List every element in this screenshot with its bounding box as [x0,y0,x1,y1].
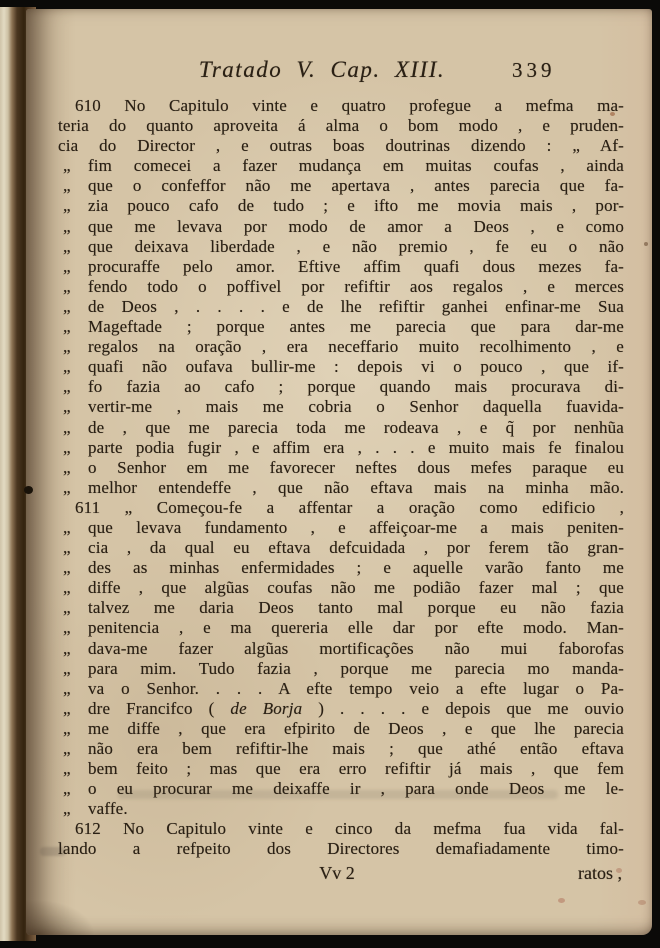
text-line: „talvez me daria Deos tanto mal porque e… [58,598,624,618]
quote-mark: „ [58,538,88,558]
text-line: „cia , da qual eu eftava defcuidada , po… [58,538,624,558]
running-title: Tratado V. Cap. XIII. [199,57,445,83]
text-line: cia do Director , e outras boas doutrina… [58,136,624,156]
text-line: „que levava fundamento , e affeiçoar-me … [58,518,624,538]
page-footer: Vv 2 ratos , [58,863,624,889]
text-line: „vaffe. [58,799,624,819]
text-line: „va o Senhor. . . . A efte tempo veio a … [58,679,624,699]
quote-mark: „ [58,759,88,779]
quote-mark: „ [58,639,88,659]
line-text: vaffe. [88,799,624,819]
quote-mark: „ [58,397,88,417]
line-text: de Deos , . . . . e de lhe refiftir ganh… [88,297,624,317]
text-line: „Mageftade ; porque antes me parecia que… [58,317,624,337]
text-line: „não era bem refiftir-lhe mais ; que ath… [58,739,624,759]
quote-mark: „ [58,438,88,458]
text-line: „penitencia , e ma quereria elle dar por… [58,618,624,638]
line-text: para mim. Tudo fazia , porque me parecia… [88,659,624,679]
quote-mark: „ [58,518,88,538]
line-text: que me levava por modo de amor a Deos , … [88,217,624,237]
text-line: 610 No Capitulo vinte e quatro profegue … [58,96,624,116]
page-header: Tratado V. Cap. XIII. 339 [58,57,624,96]
text-line: „de , que me parecia toda me rodeava , e… [58,418,624,438]
line-text: Mageftade ; porque antes me parecia que … [88,317,624,337]
line-text: fo fazia ao cafo ; porque quando mais pr… [88,377,624,397]
quote-mark: „ [58,458,88,478]
quote-mark: „ [58,357,88,377]
text-line: „quafi não oufava bullir-me : depois vi … [58,357,624,377]
quote-mark: „ [58,337,88,357]
line-text: parte podia fugir , e affim era , . . . … [88,438,624,458]
line-text: cia , da qual eu eftava defcuidada , por… [88,538,624,558]
signature-mark: Vv 2 [319,863,355,884]
quote-mark: „ [58,277,88,297]
line-text: fim comecei a fazer mudança em muitas co… [88,156,624,176]
text-line: 611 „ Começou-fe a affentar a oração com… [58,498,624,518]
text-line: „fim comecei a fazer mudança em muitas c… [58,156,624,176]
text-line: „vertir-me , mais me cobria o Senhor daq… [58,397,624,417]
line-text: dava-me fazer algũas mortificações não m… [88,639,624,659]
line-text: regalos na oração , era neceffario muito… [88,337,624,357]
catchword: ratos , [578,863,622,884]
line-text: bem feito ; mas que era erro refiftir já… [88,759,624,779]
quote-mark: „ [58,659,88,679]
text-line: „zia pouco cafo de tudo ; e ifto me movi… [58,196,624,216]
text-line: „me diffe , que era efpirito de Deos , e… [58,719,624,739]
quote-mark: „ [58,418,88,438]
text-line: „dre Francifco ( de Borja ) . . . . e de… [58,699,624,719]
line-text: penitencia , e ma quereria elle dar por … [88,618,624,638]
text-line: „diffe , que algũas coufas não me podião… [58,578,624,598]
line-text: o eu procurar me deixaffe ir , para onde… [88,779,624,799]
text-line: lando a refpeito dos Directores demafiad… [58,839,624,859]
text-line: „fo fazia ao cafo ; porque quando mais p… [58,377,624,397]
line-text: dre Francifco ( de Borja ) . . . . e dep… [88,699,624,719]
line-text: cia do Director , e outras boas doutrina… [58,136,624,156]
line-text: o Senhor em me favorecer neftes dous mef… [88,458,624,478]
text-line: teria do quanto aproveita á alma o bom m… [58,116,624,136]
text-line: „procuraffe pelo amor. Eftive affim quaf… [58,257,624,277]
margin-bullet-icon [24,486,33,494]
quote-mark: „ [58,739,88,759]
quote-mark: „ [58,196,88,216]
text-line: „o Senhor em me favorecer neftes dous me… [58,458,624,478]
quote-mark: „ [58,377,88,397]
quote-mark: „ [58,578,88,598]
line-text: diffe , que algũas coufas não me podião … [88,578,624,598]
line-text: de , que me parecia toda me rodeava , e … [88,418,624,438]
line-text: me diffe , que era efpirito de Deos , e … [88,719,624,739]
line-text: des as minhas enfermidades ; e aquelle v… [88,558,624,578]
text-line: „fendo todo o poffivel por refiftir aos … [58,277,624,297]
line-text: teria do quanto aproveita á alma o bom m… [58,116,624,136]
foxing-spot [558,898,565,903]
line-text: 610 No Capitulo vinte e quatro profegue … [58,96,624,116]
quote-mark: „ [58,719,88,739]
quote-mark: „ [58,257,88,277]
quote-mark: „ [58,558,88,578]
text-line: „parte podia fugir , e affim era , . . .… [58,438,624,458]
line-text: talvez me daria Deos tanto mal porque eu… [88,598,624,618]
quote-mark: „ [58,156,88,176]
text-line: „regalos na oração , era neceffario muit… [58,337,624,357]
line-text: 611 „ Começou-fe a affentar a oração com… [58,498,624,518]
line-text: vertir-me , mais me cobria o Senhor daqu… [88,397,624,417]
book-page: Tratado V. Cap. XIII. 339 610 No Capitul… [26,9,652,935]
line-text: que o confeffor não me apertava , antes … [88,176,624,196]
page-number: 339 [512,58,556,83]
quote-mark: „ [58,618,88,638]
line-text: 612 No Capitulo vinte e cinco da mefma f… [58,819,624,839]
quote-mark: „ [58,598,88,618]
text-line: „dava-me fazer algũas mortificações não … [58,639,624,659]
text-line: „des as minhas enfermidades ; e aquelle … [58,558,624,578]
text-column: Tratado V. Cap. XIII. 339 610 No Capitul… [58,57,624,889]
text-line: „para mim. Tudo fazia , porque me pareci… [58,659,624,679]
quote-mark: „ [58,317,88,337]
text-line: „que deixava liberdade , e não premio , … [58,237,624,257]
text-line: „melhor entendeffe , que não eftava mais… [58,478,624,498]
quote-mark: „ [58,478,88,498]
quote-mark: „ [58,779,88,799]
text-line: „que me levava por modo de amor a Deos ,… [58,217,624,237]
line-text: que deixava liberdade , e não premio , f… [88,237,624,257]
line-text: lando a refpeito dos Directores demafiad… [58,839,624,859]
line-text: procuraffe pelo amor. Eftive affim quafi… [88,257,624,277]
quote-mark: „ [58,237,88,257]
text-line: „de Deos , . . . . e de lhe refiftir gan… [58,297,624,317]
quote-mark: „ [58,176,88,196]
quote-mark: „ [58,217,88,237]
text-line: „bem feito ; mas que era erro refiftir j… [58,759,624,779]
line-text: melhor entendeffe , que não eftava mais … [88,478,624,498]
text-line: 612 No Capitulo vinte e cinco da mefma f… [58,819,624,839]
line-text: va o Senhor. . . . A efte tempo veio a e… [88,679,624,699]
foxing-spot [644,242,648,246]
book-page-scan: Tratado V. Cap. XIII. 339 610 No Capitul… [0,0,660,948]
line-text: não era bem refiftir-lhe mais ; que athé… [88,739,624,759]
quote-mark: „ [58,679,88,699]
line-text: fendo todo o poffivel por refiftir aos r… [88,277,624,297]
quote-mark: „ [58,297,88,317]
quote-mark: „ [58,699,88,719]
text-line: „que o confeffor não me apertava , antes… [58,176,624,196]
line-text: que levava fundamento , e affeiçoar-me a… [88,518,624,538]
foxing-spot [638,900,646,905]
text-block: 610 No Capitulo vinte e quatro profegue … [58,96,624,860]
text-line: „o eu procurar me deixaffe ir , para ond… [58,779,624,799]
line-text: quafi não oufava bullir-me : depois vi o… [88,357,624,377]
line-text: zia pouco cafo de tudo ; e ifto me movia… [88,196,624,216]
quote-mark: „ [58,799,88,819]
